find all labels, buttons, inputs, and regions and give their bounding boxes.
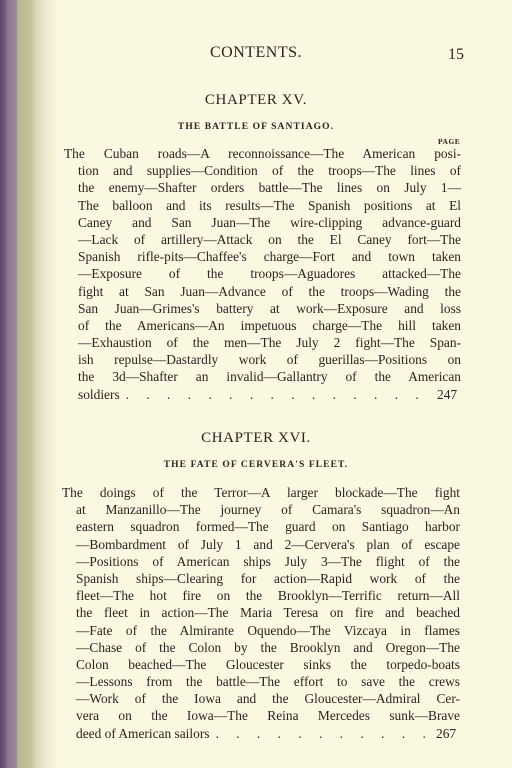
chapter-15-page-ref: 247 xyxy=(431,386,461,403)
summary-line: eastern squadron formed—The guard on San… xyxy=(62,518,460,535)
summary-line: tion and supplies—Condition of the troop… xyxy=(64,162,461,179)
dot-leader: . . . . . . . . . . . . . . . . . . . . … xyxy=(120,386,431,403)
book-page: CONTENTS. 15 CHAPTER XV. THE BATTLE OF S… xyxy=(0,0,512,768)
summary-line: Caney and San Juan—The wire-clipping adv… xyxy=(64,214,461,231)
summary-line: —Positions of American ships July 3—The … xyxy=(62,553,460,570)
running-head-title: CONTENTS. xyxy=(0,44,512,62)
summary-line: Spanish ships—Clearing for action—Rapid … xyxy=(62,570,460,587)
summary-line: fleet—The hot fire on the Brooklyn—Terri… xyxy=(62,587,460,604)
summary-last-line: soldiers . . . . . . . . . . . . . . . .… xyxy=(64,386,461,403)
summary-line: of the Americans—An impetuous charge—The… xyxy=(64,317,461,334)
summary-line: —Lack of artillery—Attack on the El Cane… xyxy=(64,231,461,248)
summary-line: —Exposure of the troops—Aguadores attack… xyxy=(64,265,461,282)
summary-line: fight at San Juan—Advance of the troops—… xyxy=(64,283,461,300)
chapter-15-title: CHAPTER XV. xyxy=(0,92,512,109)
summary-line: —Exhaustion of the men—The July 2 fight—… xyxy=(64,334,461,351)
summary-line: —Work of the Iowa and the Gloucester—Adm… xyxy=(62,690,460,707)
summary-line: —Chase of the Colon by the Brooklyn and … xyxy=(62,639,460,656)
summary-line: —Fate of the Almirante Oquendo—The Vizca… xyxy=(62,622,460,639)
summary-line: the 3d—Shafter an invalid—Gallantry of t… xyxy=(64,368,461,385)
chapter-16-title: CHAPTER XVI. xyxy=(0,430,512,447)
chapter-16-subtitle: THE FATE OF CERVERA'S FLEET. xyxy=(0,460,512,470)
last-line-text: soldiers xyxy=(78,386,120,403)
dot-leader: . . . . . . . . . . . . . . . . . . . . … xyxy=(210,725,431,742)
chapter-16-summary: The doings of the Terror—A larger blocka… xyxy=(62,484,460,742)
summary-line: at Manzanillo—The journey of Camara's sq… xyxy=(62,501,460,518)
summary-line: The doings of the Terror—A larger blocka… xyxy=(62,484,460,501)
summary-line: the fleet in action—The Maria Teresa on … xyxy=(62,604,460,621)
summary-line: Spanish rifle-pits—Chaffee's charge—Fort… xyxy=(64,248,461,265)
chapter-15-summary: The Cuban roads—A reconnoissance—The Ame… xyxy=(64,145,461,403)
summary-last-line: deed of American sailors . . . . . . . .… xyxy=(62,725,460,742)
summary-line: The Cuban roads—A reconnoissance—The Ame… xyxy=(64,145,461,162)
summary-line: San Juan—Grimes's battery at work—Exposu… xyxy=(64,300,461,317)
summary-line: Colon beached—The Gloucester sinks the t… xyxy=(62,656,460,673)
page-number: 15 xyxy=(448,46,464,64)
summary-line: the enemy—Shafter orders battle—The line… xyxy=(64,179,461,196)
summary-line: ish repulse—Dastardly work of guerillas—… xyxy=(64,351,461,368)
last-line-text: deed of American sailors xyxy=(76,725,210,742)
summary-line: —Lessons from the battle—The effort to s… xyxy=(62,673,460,690)
chapter-16-page-ref: 267 xyxy=(430,725,460,742)
summary-line: vera on the Iowa—The Reina Mercedes sunk… xyxy=(62,707,460,724)
summary-line: —Bombardment of July 1 and 2—Cervera's p… xyxy=(62,536,460,553)
summary-line: The balloon and its results—The Spanish … xyxy=(64,197,461,214)
chapter-15-subtitle: THE BATTLE OF SANTIAGO. xyxy=(0,122,512,132)
